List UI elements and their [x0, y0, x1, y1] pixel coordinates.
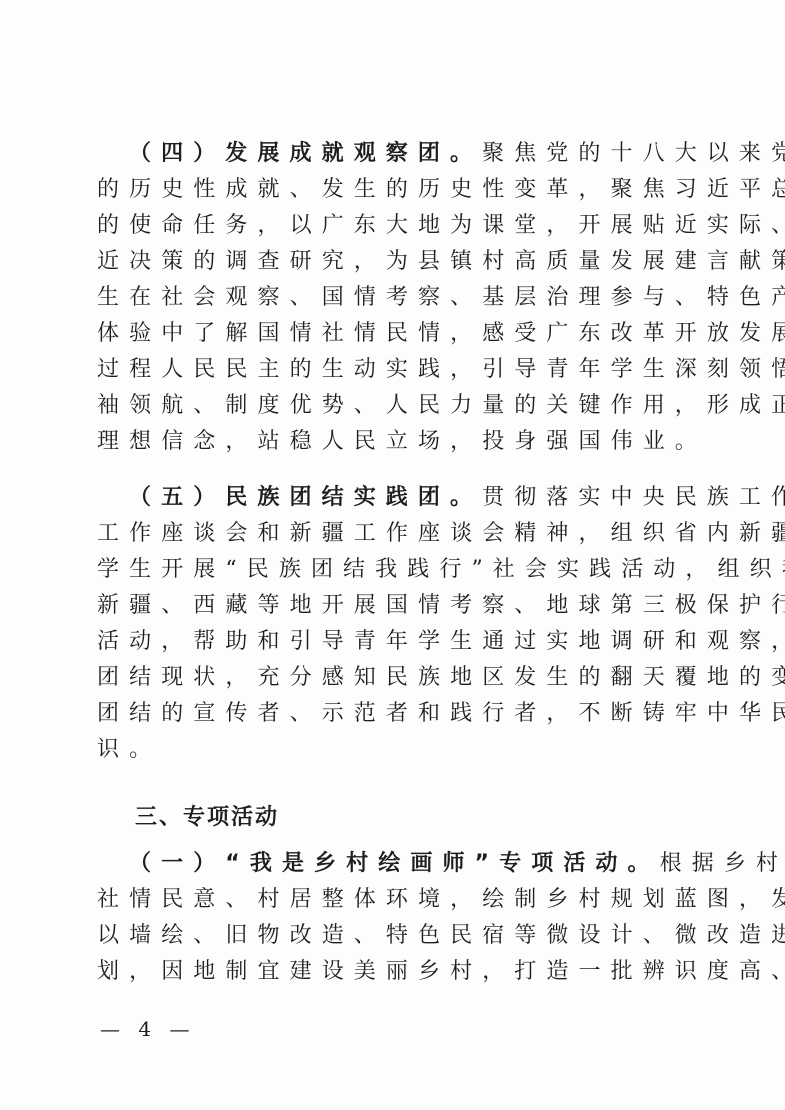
paragraph-5-line-2: 工作座谈会和新疆工作座谈会精神，组织省内新疆籍、西藏籍大 — [97, 516, 697, 552]
paragraph-4-line-9: 理想信念，站稳人民立场，投身强国伟业。 — [97, 424, 697, 460]
paragraph-5-line-4: 新疆、西藏等地开展国情考察、地球第三极保护行动等社会实践 — [97, 588, 697, 624]
paragraph-5-line-5: 活动，帮助和引导青年学生通过实地调研和观察，深入了解民族 — [97, 624, 697, 660]
section-5-title: （五）民族团结实践团。 — [129, 485, 482, 510]
paragraph-4-line-3: 的使命任务，以广东大地为课堂，开展贴近实际、贴近群众、贴 — [97, 208, 697, 244]
paragraph-5-line-1: （五）民族团结实践团。贯彻落实中央民族工作会议、西藏 — [129, 480, 729, 516]
page-number: — 4 — — [100, 1014, 195, 1044]
section-4-title: （四）发展成就观察团。 — [129, 141, 482, 166]
paragraph-4-line-1: （四）发展成就观察团。聚焦党的十八大以来党和国家取得 — [129, 136, 729, 172]
document-page: （四）发展成就观察团。聚焦党的十八大以来党和国家取得 的历史性成就、发生的历史性… — [0, 0, 785, 1110]
paragraph-3-1-line-2: 社情民意、村居整体环境，绘制乡村规划蓝图，发挥学科优势， — [97, 882, 697, 918]
paragraph-3-1-line-3: 以墙绘、旧物改造、特色民宿等微设计、微改造进行乡村整体规 — [97, 918, 697, 954]
paragraph-5-line-3: 学生开展“民族团结我践行”社会实践活动，组织我省大学生到 — [97, 552, 697, 588]
paragraph-4-line-2: 的历史性成就、发生的历史性变革，聚焦习近平总书记赋予广东 — [97, 172, 697, 208]
paragraph-4-line-5: 生在社会观察、国情考察、基层治理参与、特色产业调研、学习 — [97, 280, 697, 316]
paragraph-4-line-7: 过程人民民主的生动实践，引导青年学生深刻领悟党的领导、领 — [97, 352, 697, 388]
paragraph-5-line-8: 识。 — [97, 732, 697, 768]
paragraph-3-1-line-1: （一）“我是乡村绘画师”专项活动。根据乡村风土人情、 — [129, 846, 729, 882]
paragraph-4-line-6: 体验中了解国情社情民情，感受广东改革开放发展变化，感受全 — [97, 316, 697, 352]
paragraph-5-line-6: 团结现状，充分感知民族地区发生的翻天覆地的变化，当好民族 — [97, 660, 697, 696]
paragraph-5-line-7: 团结的宣传者、示范者和践行者，不断铸牢中华民族共同体意 — [97, 696, 697, 732]
section-3-1-title: （一）“我是乡村绘画师”专项活动。 — [129, 851, 660, 876]
paragraph-3-1-line-4: 划，因地制宜建设美丽乡村，打造一批辨识度高、别具特色的网 — [97, 954, 697, 990]
paragraph-4-line-4: 近决策的调查研究，为县镇村高质量发展建言献策。组织青年学 — [97, 244, 697, 280]
chapter-3-heading: 三、专项活动 — [135, 800, 735, 836]
paragraph-4-line-8: 袖领航、制度优势、人民力量的关键作用，形成正确认识，坚定 — [97, 388, 697, 424]
